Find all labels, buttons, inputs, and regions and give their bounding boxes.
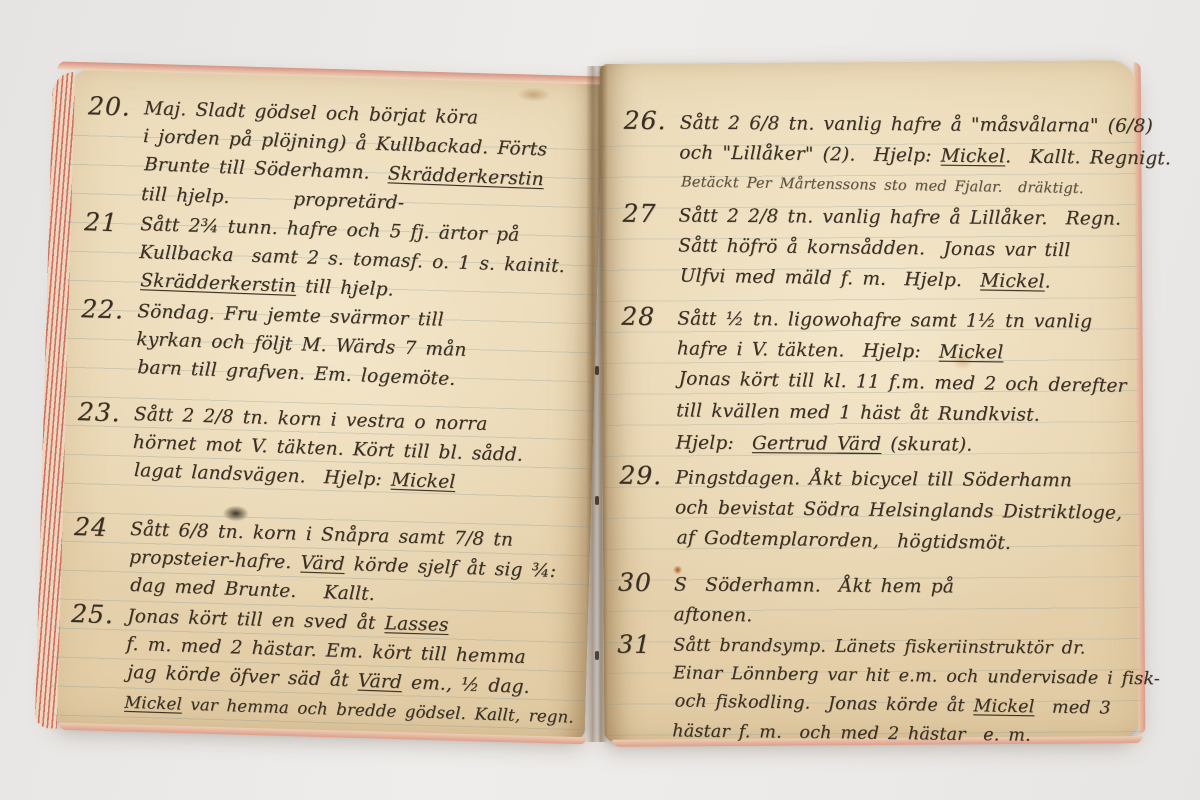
entry-day-number: 31 bbox=[617, 630, 673, 660]
entry-day-number: 24 bbox=[74, 512, 131, 543]
entry-text: Sått 6/8 tn. korn i Snåpra samt 7/8 tn p… bbox=[128, 514, 573, 616]
stitch-mark bbox=[595, 651, 599, 660]
photo-background: 20. Maj. Sladt gödsel och börjat köra i … bbox=[0, 0, 1200, 800]
entry-text: Sått brandsymp. Länets fiskeriinstruktör… bbox=[672, 630, 1160, 752]
entry-line: Sått brandsymp. Länets fiskeriinstruktör… bbox=[673, 632, 1160, 664]
entry-text: Sått 2 2/8 tn. korn i vestra o norra hör… bbox=[132, 399, 577, 501]
diary-entry: 31 Sått brandsymp. Länets fiskeriinstruk… bbox=[616, 630, 1117, 752]
stitch-mark bbox=[595, 366, 599, 375]
entry-text: Maj. Sladt gödsel och börjat köra i jord… bbox=[141, 93, 587, 224]
entry-line: Pingstdagen. Åkt bicycel till Söderhamn bbox=[675, 463, 1122, 497]
entry-day-number: 26. bbox=[624, 106, 680, 136]
left-page-content: 20. Maj. Sladt gödsel och börjat köra i … bbox=[68, 91, 586, 731]
entry-line: Ulfvi med mäld f. m. Hjelp. Mickel. bbox=[680, 260, 1124, 298]
entry-text: Sått 2¾ tunn. hafre och 5 fj. ärtor på K… bbox=[138, 209, 583, 311]
entry-text: Sått 2 6/8 tn. vanlig hafre å "måsvålarn… bbox=[679, 106, 1172, 205]
diary-entry: 23. Sått 2 2/8 tn. korn i vestra o norra… bbox=[76, 397, 577, 500]
diary-entry: 26. Sått 2 6/8 tn. vanlig hafre å "måsvå… bbox=[623, 106, 1124, 205]
diary-book: 20. Maj. Sladt gödsel och börjat köra i … bbox=[58, 60, 1140, 750]
diary-entry: 22. Söndag. Fru jemte svärmor till kyrka… bbox=[79, 294, 580, 397]
entry-day-number: 27 bbox=[622, 199, 678, 229]
diary-entry: 29. Pingstdagen. Åkt bicycel till Söderh… bbox=[618, 461, 1119, 560]
entry-line: af Godtemplarorden, högtidsmöt. bbox=[676, 522, 1124, 560]
book-gutter bbox=[586, 66, 608, 742]
diary-entry: 28 Sått ½ tn. ligowohafre samt 1½ tn van… bbox=[620, 302, 1122, 463]
entry-line: S Söderhamn. Åkt hem på bbox=[674, 570, 1118, 604]
stitch-mark bbox=[595, 496, 599, 505]
diary-entry: 25. Jonas kört till en sved åt Lasses f.… bbox=[68, 599, 570, 731]
entry-line: Sått 2 6/8 tn. vanlig hafre å "måsvålarn… bbox=[680, 108, 1172, 142]
right-page-content: 26. Sått 2 6/8 tn. vanlig hafre å "måsvå… bbox=[616, 106, 1124, 752]
entry-text: Sått ½ tn. ligowohafre samt 1½ tn vanlig… bbox=[676, 302, 1126, 462]
right-page: 26. Sått 2 6/8 tn. vanlig hafre å "måsvå… bbox=[600, 60, 1141, 742]
entry-day-number: 20. bbox=[88, 91, 145, 122]
entry-day-number: 28 bbox=[621, 302, 677, 332]
left-page: 20. Maj. Sladt gödsel och börjat köra i … bbox=[51, 67, 603, 740]
diary-entry: 21 Sått 2¾ tunn. hafre och 5 fj. ärtor p… bbox=[82, 207, 583, 310]
entry-text: Sått 2 2/8 tn. vanlig hafre å Lillåker. … bbox=[678, 199, 1123, 297]
entry-day-number: 21 bbox=[84, 207, 141, 238]
entry-line: Sått 2 2/8 tn. vanlig hafre å Lillåker. … bbox=[678, 201, 1122, 235]
entry-line: Sått ½ tn. ligowohafre samt 1½ tn vanlig bbox=[677, 304, 1125, 338]
entry-day-number: 29. bbox=[619, 461, 675, 491]
entry-text: Jonas kört till en sved åt Lasses f. m. … bbox=[124, 601, 577, 732]
entry-day-number: 22. bbox=[81, 294, 138, 325]
foxing-spot bbox=[517, 87, 551, 102]
diary-entry: 20. Maj. Sladt gödsel och börjat köra i … bbox=[85, 91, 587, 223]
entry-day-number: 25. bbox=[71, 599, 128, 630]
entry-text: S Söderhamn. Åkt hem på aftonen. bbox=[674, 568, 1119, 635]
entry-line: till kvällen med 1 häst åt Rundkvist. bbox=[676, 395, 1125, 431]
entry-text: Söndag. Fru jemte svärmor till kyrkan oc… bbox=[135, 296, 580, 398]
entry-day-number: 30 bbox=[618, 568, 674, 598]
diary-entry: 24 Sått 6/8 tn. korn i Snåpra samt 7/8 t… bbox=[72, 512, 573, 615]
entry-day-number: 23. bbox=[78, 397, 135, 428]
page-top-rim bbox=[57, 61, 601, 84]
entry-line: Hjelp: Gertrud Värd (skurat). bbox=[676, 428, 1124, 462]
diary-entry: 30 S Söderhamn. Åkt hem på aftonen. bbox=[618, 568, 1119, 636]
entry-text: Pingstdagen. Åkt bicycel till Söderhamn … bbox=[674, 461, 1122, 559]
diary-entry: 27 Sått 2 2/8 tn. vanlig hafre å Lillåke… bbox=[622, 199, 1123, 298]
